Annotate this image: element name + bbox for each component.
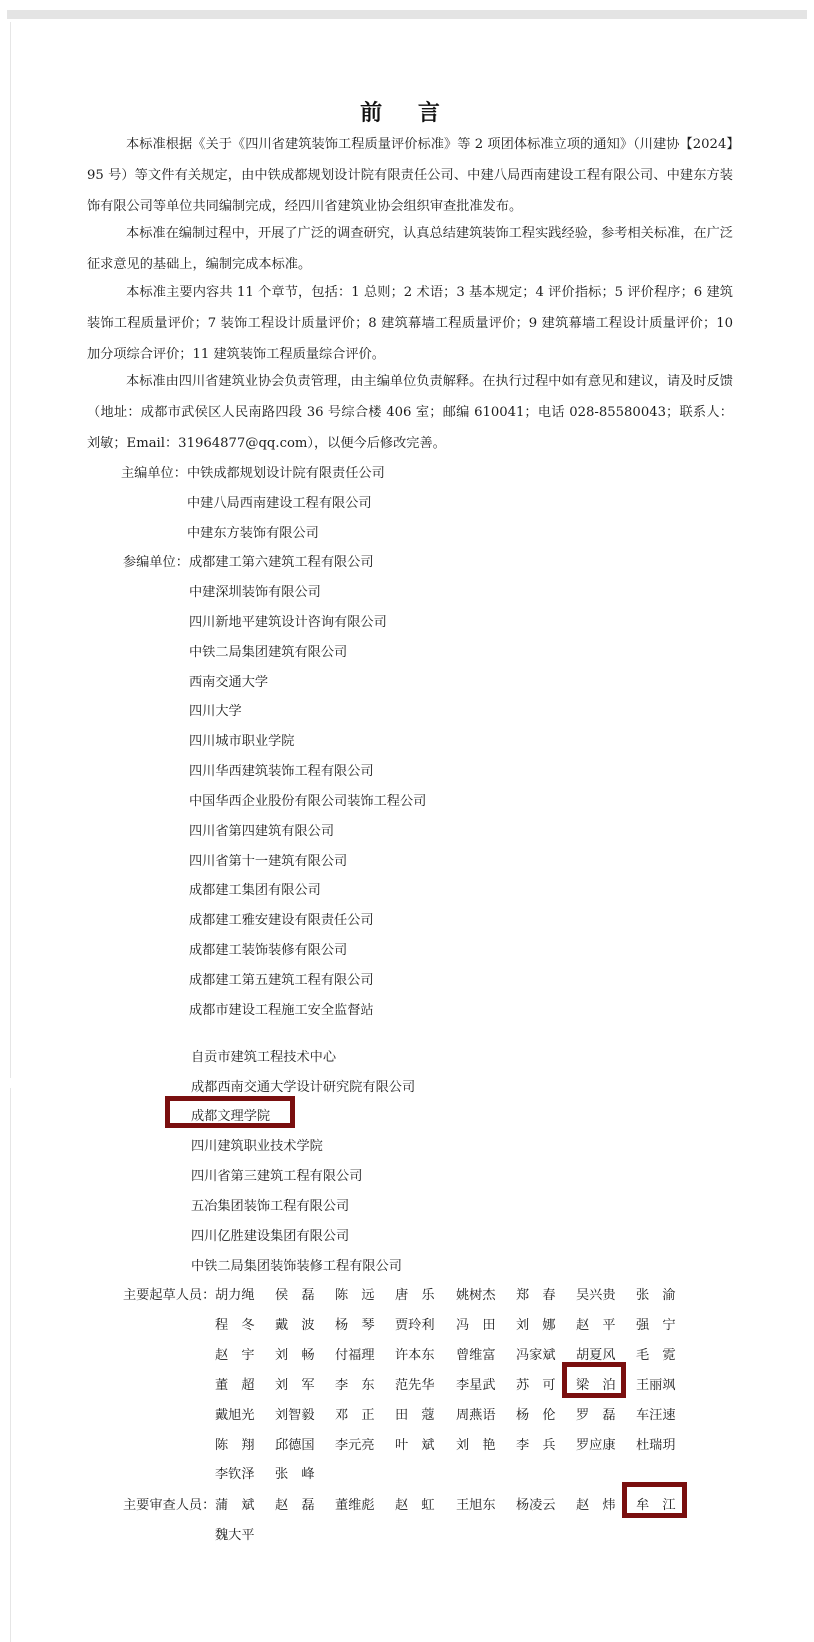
person-name: 唐 乐	[395, 1284, 435, 1303]
person-name: 罗应康	[576, 1434, 616, 1453]
participating-unit: 四川建筑职业技术学院	[191, 1135, 323, 1154]
participating-unit: 成都建工第六建筑工程有限公司	[189, 551, 374, 570]
person-name: 毛 霓	[636, 1344, 676, 1363]
person-name: 车汪速	[636, 1404, 676, 1423]
person-name: 许本东	[395, 1344, 435, 1363]
participating-unit: 四川城市职业学院	[189, 730, 295, 749]
person-name: 王旭东	[456, 1494, 496, 1513]
person-name: 郑 春	[516, 1284, 556, 1303]
person-name: 戴 波	[275, 1314, 315, 1333]
participating-editors-label: 参编单位：	[123, 551, 189, 570]
person-name: 苏 可	[516, 1374, 556, 1393]
participating-unit: 四川省第十一建筑有限公司	[189, 850, 347, 869]
participating-unit: 四川省第三建筑工程有限公司	[191, 1165, 362, 1184]
person-name: 王丽飒	[636, 1374, 676, 1393]
person-name: 李元亮	[335, 1434, 375, 1453]
person-name: 董维彪	[335, 1494, 375, 1513]
person-name: 赵 磊	[275, 1494, 315, 1513]
paragraph-3-text: 本标准主要内容共 11 个章节，包括：1 总则；2 术语；3 基本规定；4 评价…	[87, 285, 733, 362]
paragraph-2: 本标准在编制过程中，开展了广泛的调查研究，认真总结建筑装饰工程实践经验，参考相关…	[87, 218, 733, 280]
person-name: 赵 虹	[395, 1494, 435, 1513]
participating-unit-highlighted: 成都文理学院	[191, 1105, 270, 1124]
person-name: 刘 畅	[275, 1344, 315, 1363]
person-name: 邓 正	[335, 1404, 375, 1423]
person-name: 邱德国	[275, 1434, 315, 1453]
drafters-label: 主要起草人员：	[123, 1284, 215, 1303]
person-name: 冯 田	[456, 1314, 496, 1333]
person-name: 付福理	[335, 1344, 375, 1363]
participating-unit: 四川大学	[189, 700, 242, 719]
person-name: 董 超	[215, 1374, 255, 1393]
participating-unit: 成都建工装饰装修有限公司	[189, 939, 347, 958]
participating-unit: 五冶集团装饰工程有限公司	[191, 1195, 349, 1214]
paragraph-1: 本标准根据《关于《四川省建筑装饰工程质量评价标准》等 2 项团体标准立项的通知》…	[87, 129, 733, 222]
paragraph-4: 本标准由四川省建筑业协会负责管理，由主编单位负责解释。在执行过程中如有意见和建议…	[87, 366, 733, 459]
person-name: 魏大平	[215, 1524, 255, 1543]
page-edge	[7, 10, 807, 19]
person-name: 张 渝	[636, 1284, 676, 1303]
person-name: 赵 平	[576, 1314, 616, 1333]
person-name-highlighted: 梁 泊	[576, 1374, 616, 1393]
person-name: 吴兴贵	[576, 1284, 616, 1303]
chief-editor-unit: 中建东方装饰有限公司	[187, 522, 319, 541]
participating-unit: 四川华西建筑装饰工程有限公司	[189, 760, 374, 779]
person-name: 刘 娜	[516, 1314, 556, 1333]
person-name: 姚树杰	[456, 1284, 496, 1303]
person-name: 胡夏风	[576, 1344, 616, 1363]
person-name: 蒲 斌	[215, 1494, 255, 1513]
person-name: 曾维富	[456, 1344, 496, 1363]
person-name: 罗 磊	[576, 1404, 616, 1423]
participating-unit: 西南交通大学	[189, 671, 268, 690]
paragraph-2-text: 本标准在编制过程中，开展了广泛的调查研究，认真总结建筑装饰工程实践经验，参考相关…	[87, 226, 733, 272]
participating-unit: 中建深圳装饰有限公司	[189, 581, 321, 600]
paragraph-1-text: 本标准根据《关于《四川省建筑装饰工程质量评价标准》等 2 项团体标准立项的通知》…	[87, 137, 733, 214]
participating-unit: 成都建工雅安建设有限责任公司	[189, 909, 374, 928]
person-name: 冯家斌	[516, 1344, 556, 1363]
person-name: 杨 琴	[335, 1314, 375, 1333]
page-title: 前 言	[0, 96, 814, 127]
reviewers-label: 主要审查人员：	[123, 1494, 215, 1513]
person-name: 胡力绳	[215, 1284, 255, 1303]
participating-unit: 成都建工第五建筑工程有限公司	[189, 969, 374, 988]
person-name: 李星武	[456, 1374, 496, 1393]
person-name: 田 蔻	[395, 1404, 435, 1423]
participating-unit: 成都西南交通大学设计研究院有限公司	[191, 1076, 415, 1095]
person-name: 强 宁	[636, 1314, 676, 1333]
person-name: 李钦泽	[215, 1463, 255, 1482]
participating-unit: 成都市建设工程施工安全监督站	[189, 999, 374, 1018]
person-name: 陈 远	[335, 1284, 375, 1303]
participating-unit: 成都建工集团有限公司	[189, 879, 321, 898]
participating-unit: 四川新地平建筑设计咨询有限公司	[189, 611, 387, 630]
participating-unit: 四川亿胜建设集团有限公司	[191, 1225, 349, 1244]
person-name: 杜瑞玥	[636, 1434, 676, 1453]
person-name: 周燕语	[456, 1404, 496, 1423]
paragraph-4-text: 本标准由四川省建筑业协会负责管理，由主编单位负责解释。在执行过程中如有意见和建议…	[87, 374, 733, 451]
person-name: 李 兵	[516, 1434, 556, 1453]
document-page-2	[10, 1088, 808, 1642]
person-name: 李 东	[335, 1374, 375, 1393]
person-name: 范先华	[395, 1374, 435, 1393]
person-name: 赵 宇	[215, 1344, 255, 1363]
person-name: 刘 军	[275, 1374, 315, 1393]
chief-editor-unit: 中铁成都规划设计院有限责任公司	[187, 462, 385, 481]
participating-unit: 四川省第四建筑有限公司	[189, 820, 334, 839]
person-name: 陈 翔	[215, 1434, 255, 1453]
person-name: 赵 炜	[576, 1494, 616, 1513]
participating-unit: 自贡市建筑工程技术中心	[191, 1046, 336, 1065]
chief-editors-label: 主编单位：	[121, 462, 187, 481]
person-name-highlighted: 牟 江	[636, 1494, 676, 1513]
chief-editor-unit: 中建八局西南建设工程有限公司	[187, 492, 372, 511]
person-name: 杨凌云	[516, 1494, 556, 1513]
person-name: 程 冬	[215, 1314, 255, 1333]
person-name: 贾玲利	[395, 1314, 435, 1333]
person-name: 张 峰	[275, 1463, 315, 1482]
person-name: 刘智毅	[275, 1404, 315, 1423]
person-name: 杨 伦	[516, 1404, 556, 1423]
viewer-top-bar	[0, 0, 814, 20]
paragraph-3: 本标准主要内容共 11 个章节，包括：1 总则；2 术语；3 基本规定；4 评价…	[87, 277, 733, 370]
person-name: 刘 艳	[456, 1434, 496, 1453]
person-name: 戴旭光	[215, 1404, 255, 1423]
participating-unit: 中铁二局集团建筑有限公司	[189, 641, 347, 660]
person-name: 侯 磊	[275, 1284, 315, 1303]
participating-unit: 中国华西企业股份有限公司装饰工程公司	[189, 790, 426, 809]
person-name: 叶 斌	[395, 1434, 435, 1453]
participating-unit: 中铁二局集团装饰装修工程有限公司	[191, 1255, 402, 1274]
